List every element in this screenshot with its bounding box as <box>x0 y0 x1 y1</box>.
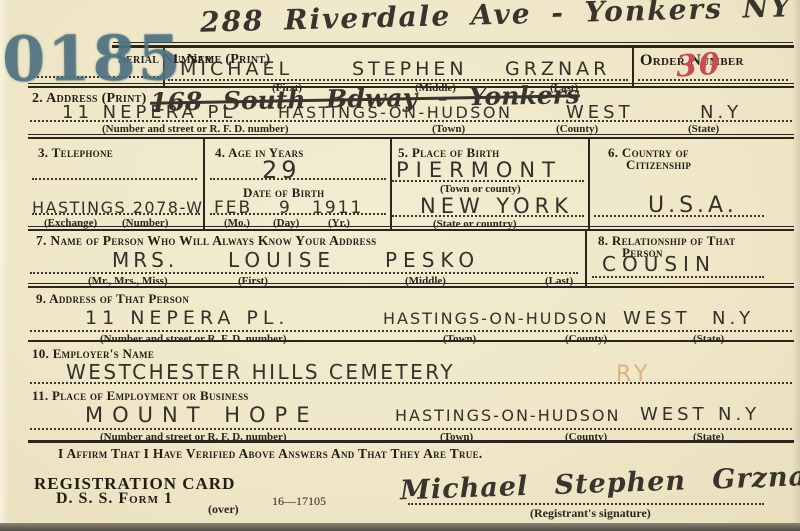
contact-first-caption: (First) <box>238 275 268 287</box>
over-caption: (over) <box>208 502 239 517</box>
employment-place-label: 11. Place of Employment or Business <box>32 388 249 404</box>
overflow-address-note: 288 Riverdale Ave - Yonkers NY <box>200 0 793 39</box>
contact-address-dotted-line <box>30 330 792 332</box>
rule-row6-heavy <box>28 229 794 231</box>
contact-address-town-caption: (Town) <box>443 333 476 345</box>
telephone-label: 3. Telephone <box>38 145 113 161</box>
employer-value: WESTCHESTER HILLS CEMETERY <box>66 360 455 384</box>
birth-town-dotted-line <box>392 180 584 182</box>
form-name: D. S. S. Form 1 <box>56 490 173 508</box>
contact-dotted-line <box>30 272 578 274</box>
dob-day-caption: (Day) <box>273 217 299 229</box>
print-code: 16—17105 <box>272 494 326 509</box>
telephone-dotted-line-1 <box>32 178 197 180</box>
employment-town-value: HASTINGS-ON-HUDSON <box>395 406 620 425</box>
age-dotted-line <box>210 178 386 180</box>
telephone-exchange-caption: (Exchange) <box>44 217 97 229</box>
employment-state-caption: (State) <box>693 431 724 443</box>
signature-dotted-line <box>408 503 764 505</box>
dob-dotted-line <box>210 213 386 215</box>
name-first-value: MICHAEL <box>180 58 293 80</box>
contact-address-county-caption: (County) <box>565 333 607 345</box>
address-dotted-line <box>30 120 792 122</box>
address-street-caption: (Number and street or R. F. D. number) <box>102 123 289 135</box>
name-middle-value: STEPHEN <box>352 58 468 80</box>
contact-last-caption: (Last) <box>545 275 573 287</box>
registrant-signature: Michael Stephen Grznar <box>400 461 800 507</box>
employment-street-caption: (Number and street or R. F. D. number) <box>100 431 287 443</box>
dob-day-value: 9 <box>279 198 294 218</box>
contact-address-county-value: WEST <box>623 308 691 329</box>
dob-year-caption: (Yr.) <box>328 217 350 229</box>
divider-name-order <box>632 45 634 86</box>
affirmation-statement: I Affirm That I Have Verified Above Answ… <box>58 446 483 462</box>
contact-title-caption: (Mr., Mrs., Miss) <box>88 275 168 287</box>
employment-town-caption: (Town) <box>440 431 473 443</box>
employment-state-value: N.Y <box>718 404 760 425</box>
address-county-caption: (County) <box>556 123 598 135</box>
contact-address-label: 9. Address of That Person <box>36 291 189 307</box>
registration-card: Serial Number 0185 1. Name (Print) MICHA… <box>0 0 800 531</box>
serial-number-stamp: 0185 <box>2 21 183 96</box>
birth-state-caption: (State or country) <box>433 218 517 230</box>
divider-birth-citizenship <box>588 137 590 229</box>
employment-dotted-line <box>30 428 792 430</box>
contact-address-town-value: HASTINGS-ON-HUDSON <box>383 309 608 328</box>
contact-address-state-caption: (State) <box>693 333 724 345</box>
scan-edge-bottom <box>0 523 800 531</box>
relationship-value: COUSIN <box>602 252 716 276</box>
contact-address-state-value: N.Y <box>712 308 754 329</box>
contact-first-value: LOUISE <box>228 248 336 272</box>
address-town-caption: (Town) <box>432 123 465 135</box>
scan-edge-right <box>792 0 800 531</box>
contact-title-value: MRS. <box>112 248 178 272</box>
citizenship-label-line2: Citizenship <box>626 157 691 173</box>
relationship-dotted-line <box>592 276 764 278</box>
citizenship-dotted-line <box>594 215 764 217</box>
birth-town-value: PIERMONT <box>396 158 562 182</box>
dob-month-value: FEB <box>214 198 252 218</box>
divider-contact-relationship <box>585 229 587 286</box>
contact-person-label: 7. Name of Person Who Will Always Know Y… <box>36 233 376 249</box>
employment-county-value: WEST <box>640 404 708 425</box>
contact-address-street-caption: (Number and street or R. F. D. number) <box>100 333 287 345</box>
name-last-value: GRZNAR <box>505 58 610 80</box>
dob-year-value: 1911 <box>312 198 363 218</box>
contact-last-value: PESKO <box>385 248 480 272</box>
signature-caption: (Registrant's signature) <box>530 506 651 521</box>
rule-top-thin <box>113 42 793 43</box>
order-dotted-line <box>638 79 788 81</box>
contact-address-street-value: 11 NEPERA PL. <box>85 307 289 329</box>
birth-state-dotted-line <box>392 215 584 217</box>
address-state-caption: (State) <box>688 123 719 135</box>
relationship-label-line1: 8. Relationship of That <box>598 233 735 249</box>
dob-month-caption: (Mo.) <box>224 217 250 229</box>
employer-dotted-line <box>30 382 792 384</box>
contact-middle-caption: (Middle) <box>405 275 446 287</box>
employment-street-value: MOUNT HOPE <box>85 403 318 427</box>
telephone-dotted-line-2 <box>32 213 200 215</box>
telephone-number-caption: (Number) <box>122 217 168 229</box>
employment-county-caption: (County) <box>565 431 607 443</box>
rule-row2-heavy <box>28 137 794 139</box>
